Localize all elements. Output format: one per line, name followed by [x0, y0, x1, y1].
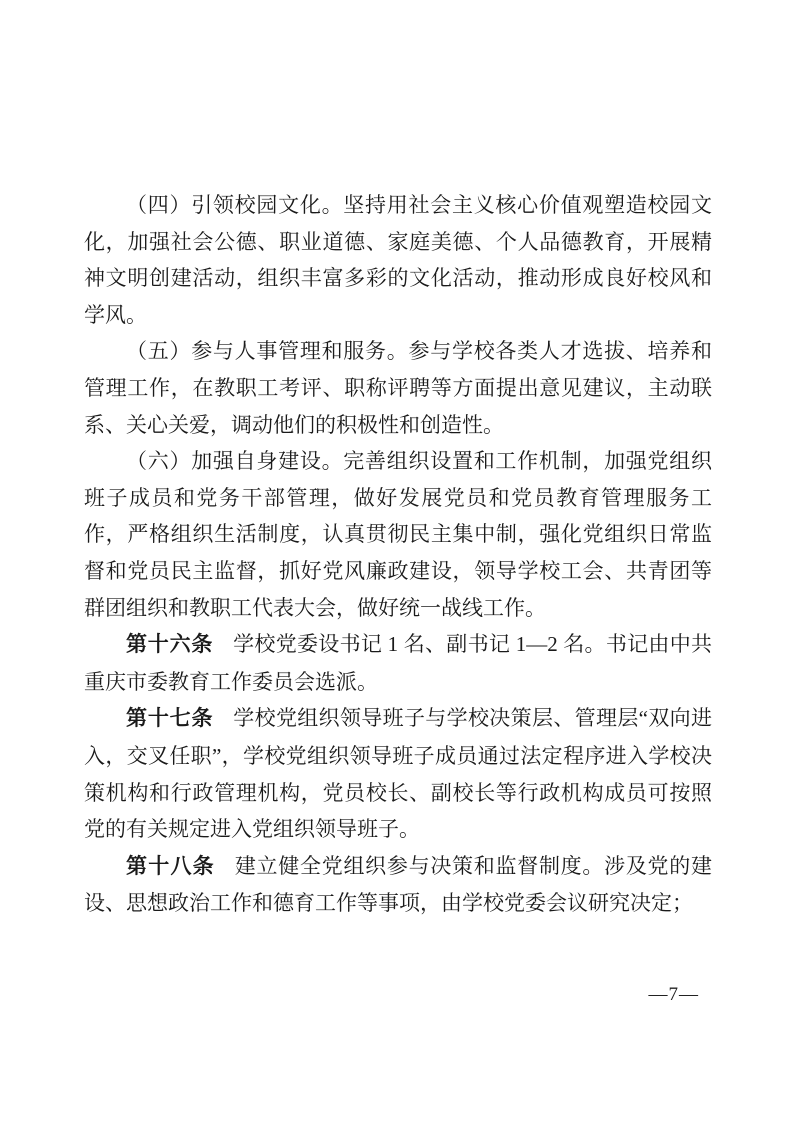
paragraph-text: （六）加强自身建设。完善组织设置和工作机制，加强党组织班子成员和党务干部管理，做… — [84, 449, 712, 619]
paragraph-article-18: 第十八条建立健全党组织参与决策和监督制度。涉及党的建设、思想政治工作和德育工作等… — [84, 848, 712, 922]
article-17-label: 第十七条 — [126, 707, 213, 730]
paragraph-item-6: （六）加强自身建设。完善组织设置和工作机制，加强党组织班子成员和党务干部管理，做… — [84, 443, 712, 626]
document-page: （四）引领校园文化。坚持用社会主义核心价值观塑造校园文化，加强社会公德、职业道德… — [0, 0, 793, 1122]
paragraph-item-5: （五）参与人事管理和服务。参与学校各类人才选拔、培养和管理工作，在教职工考评、职… — [84, 333, 712, 443]
document-body: （四）引领校园文化。坚持用社会主义核心价值观塑造校园文化，加强社会公德、职业道德… — [84, 187, 712, 922]
article-18-label: 第十八条 — [126, 855, 215, 878]
article-16-label: 第十六条 — [126, 633, 213, 656]
paragraph-text: （五）参与人事管理和服务。参与学校各类人才选拔、培养和管理工作，在教职工考评、职… — [84, 339, 712, 436]
paragraph-item-4: （四）引领校园文化。坚持用社会主义核心价值观塑造校园文化，加强社会公德、职业道德… — [84, 187, 712, 333]
paragraph-text: （四）引领校园文化。坚持用社会主义核心价值观塑造校园文化，加强社会公德、职业道德… — [84, 193, 712, 327]
paragraph-article-16: 第十六条学校党委设书记 1 名、副书记 1—2 名。书记由中共重庆市委教育工作委… — [84, 626, 712, 700]
paragraph-article-17: 第十七条学校党组织领导班子与学校决策层、管理层“双向进入，交叉任职”，学校党组织… — [84, 700, 712, 847]
page-number: —7— — [649, 984, 700, 1006]
